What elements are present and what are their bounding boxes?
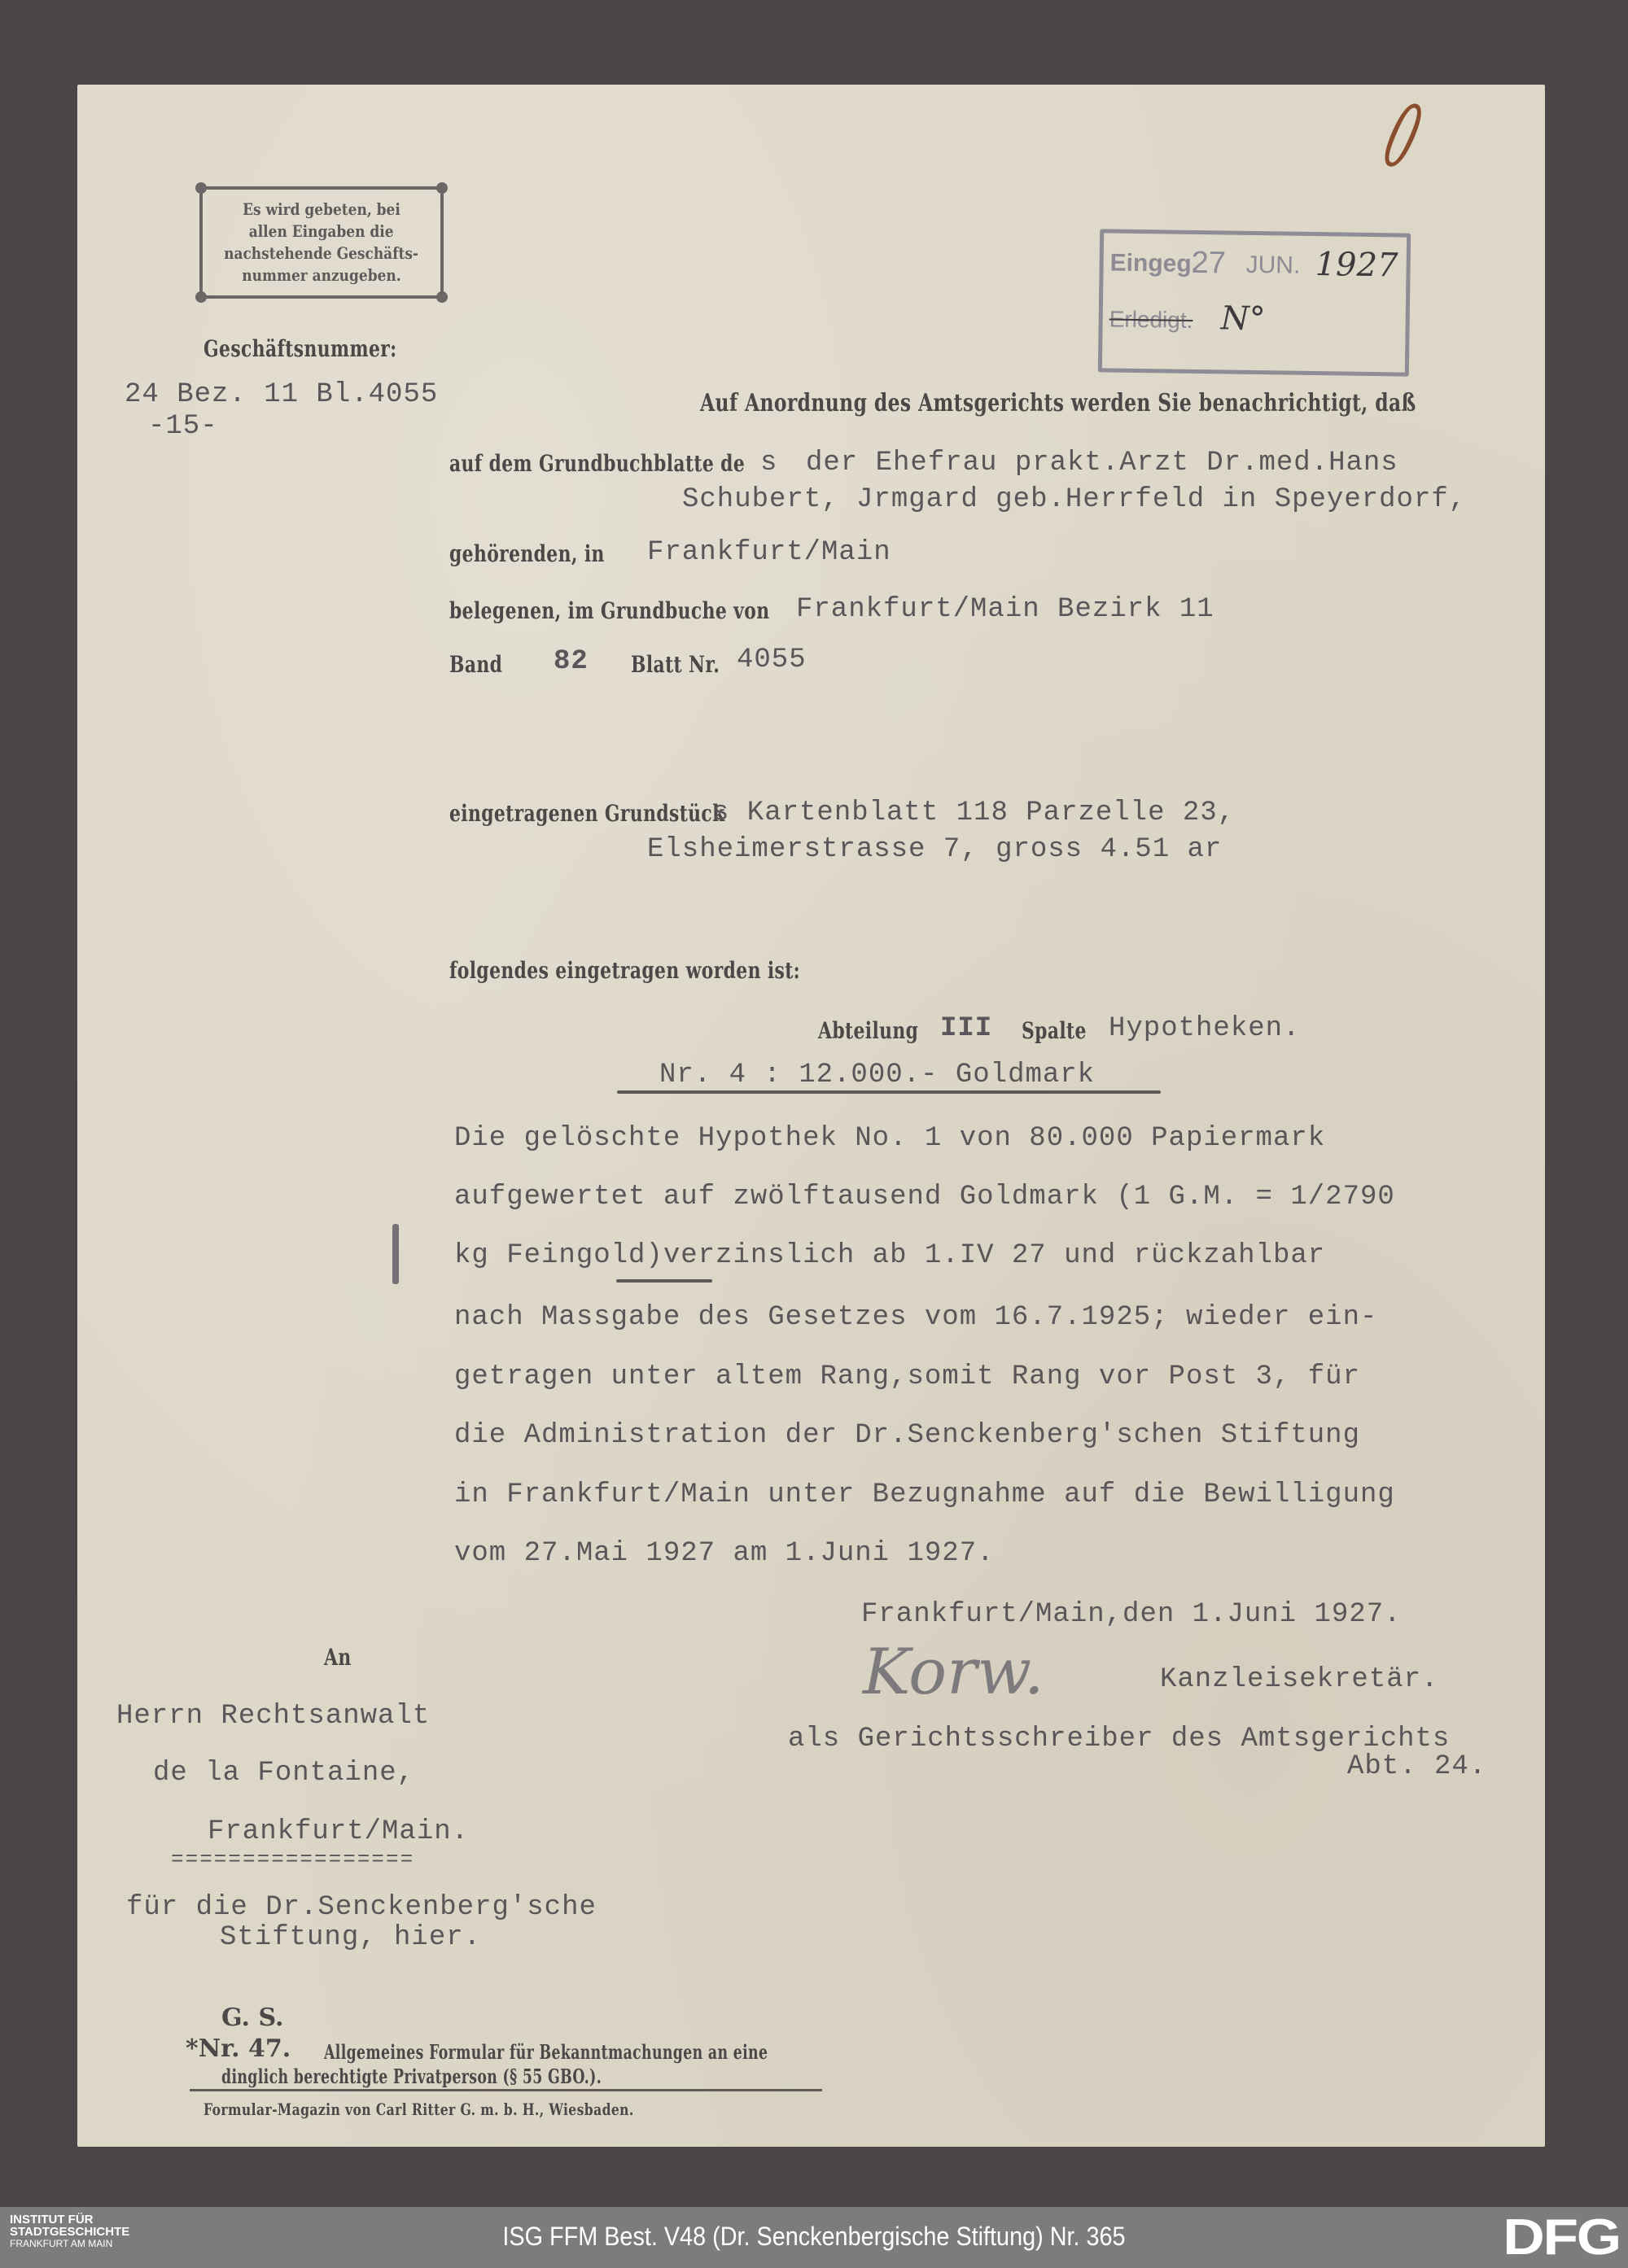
- located-value: Frankfurt/Main Bezirk 11: [796, 594, 1214, 625]
- band-label: Band: [449, 651, 502, 678]
- blatt-nr-value: 4055: [737, 645, 807, 675]
- entry-line: getragen unter altem Rang,somit Rang vor…: [454, 1361, 1360, 1392]
- signature: Korw.: [863, 1636, 1044, 1709]
- owner-line-2: Schubert, Jrmgard geb.Herrfeld in Speyer…: [682, 484, 1466, 515]
- belonging-label: gehörenden, in: [449, 540, 605, 567]
- signatory-role: als Gerichtsschreiber des Amtsgerichts: [788, 1724, 1450, 1755]
- signatory-title: Kanzleisekretär.: [1160, 1664, 1438, 1695]
- parcel-label: eingetragenen Grundstück: [449, 800, 725, 827]
- department: Abt. 24.: [1347, 1751, 1486, 1782]
- stamp-year: 1927: [1315, 246, 1398, 284]
- belonging-value: Frankfurt/Main: [647, 537, 891, 568]
- corner-ornament: [436, 182, 448, 194]
- recipient-to-label: An: [324, 1644, 352, 1671]
- case-number: 24 Bez. 11 Bl.4055: [125, 379, 438, 410]
- entry-headline: Nr. 4 : 12.000.- Goldmark: [659, 1060, 1095, 1090]
- entry-line: nach Massgabe des Gesetzes vom 16.7.1925…: [454, 1302, 1377, 1333]
- owner-line-1: der Ehefrau prakt.Arzt Dr.med.Hans: [806, 448, 1398, 479]
- entry-line: Die gelöschte Hypothek No. 1 von 80.000 …: [454, 1123, 1325, 1154]
- intro-text: Auf Anordnung des Amtsgerichts werden Si…: [700, 389, 1416, 417]
- interest-underline: [616, 1279, 712, 1283]
- form-description-1: Allgemeines Formular für Bekanntmachunge…: [324, 2040, 768, 2064]
- entry-line: aufgewertet auf zwölftausend Goldmark (1…: [454, 1182, 1395, 1213]
- recipient-separator: =================: [171, 1847, 414, 1872]
- form-footer-rule: [190, 2089, 822, 2091]
- notice-line: allen Eingaben die: [249, 221, 394, 243]
- stamp-number: N°: [1220, 299, 1266, 338]
- entry-line: kg Feingold)verzinslich ab 1.IV 27 und r…: [454, 1240, 1325, 1271]
- notice-box: Es wird gebeten, bei allen Eingaben die …: [199, 186, 444, 299]
- entry-line: die Administration der Dr.Senckenberg'sc…: [454, 1420, 1360, 1451]
- parcel-line-2: Elsheimerstrasse 7, gross 4.51 ar: [647, 834, 1222, 865]
- corner-ornament: [436, 291, 448, 303]
- recipient-for-line: Stiftung, hier.: [220, 1922, 481, 1953]
- case-number-sub: -15-: [148, 411, 218, 442]
- form-description-2: dinglich berechtigte Privatperson (§ 55 …: [221, 2065, 602, 2088]
- blatt-nr-label: Blatt Nr.: [631, 651, 720, 678]
- parcel-line-1: s Kartenblatt 118 Parzelle 23,: [712, 798, 1235, 828]
- section-value: III: [940, 1013, 992, 1044]
- stamp-day: 27: [1191, 246, 1226, 282]
- blatt-s: s: [760, 448, 777, 479]
- entry-line: vom 27.Mai 1927 am 1.Juni 1927.: [454, 1538, 995, 1569]
- stamp-month: JUN.: [1245, 251, 1300, 280]
- column-label: Spalte: [1022, 1017, 1087, 1044]
- form-publisher: Formular-Magazin von Carl Ritter G. m. b…: [203, 2100, 634, 2119]
- corner-ornament: [195, 182, 207, 194]
- dfg-logo: DFG: [1503, 2213, 1620, 2262]
- archive-footer: INSTITUT FÜR STADTGESCHICHTE FRANKFURT A…: [0, 2207, 1628, 2268]
- column-value: Hypotheken.: [1109, 1013, 1300, 1044]
- notice-line: nachstehende Geschäfts-: [225, 243, 419, 264]
- following-label: folgendes eingetragen worden ist:: [449, 957, 800, 984]
- case-number-label: Geschäftsnummer:: [203, 335, 397, 362]
- form-number: *Nr. 47.: [186, 2034, 291, 2063]
- archive-caption: ISG FFM Best. V48 (Dr. Senckenbergische …: [81, 2222, 1547, 2252]
- stamp-done-label: Erledigt.: [1109, 307, 1193, 334]
- entry-line: in Frankfurt/Main unter Bezugnahme auf d…: [454, 1479, 1395, 1510]
- notice-line: nummer anzugeben.: [242, 264, 400, 286]
- section-label: Abteilung: [818, 1017, 918, 1044]
- headline-underline: [617, 1090, 1161, 1094]
- blatt-label: auf dem Grundbuchblatte de: [449, 450, 745, 477]
- band-value: 82: [554, 646, 589, 677]
- located-label: belegenen, im Grundbuche von: [449, 597, 769, 624]
- recipient-line: de la Fontaine,: [153, 1758, 414, 1789]
- recipient-for-line: für die Dr.Senckenberg'sche: [126, 1892, 597, 1923]
- recipient-line: Frankfurt/Main.: [208, 1816, 469, 1847]
- place-date: Frankfurt/Main,den 1.Juni 1927.: [861, 1599, 1402, 1630]
- form-code: G. S.: [221, 2004, 283, 2032]
- received-stamp: Eingeg. 27 JUN. 1927 Erledigt. N°: [1098, 229, 1411, 376]
- notice-line: Es wird gebeten, bei: [243, 199, 400, 221]
- stamp-received-label: Eingeg.: [1109, 250, 1198, 279]
- margin-pen-mark: [392, 1224, 399, 1284]
- corner-ornament: [195, 291, 207, 303]
- recipient-line: Herrn Rechtsanwalt: [116, 1701, 430, 1732]
